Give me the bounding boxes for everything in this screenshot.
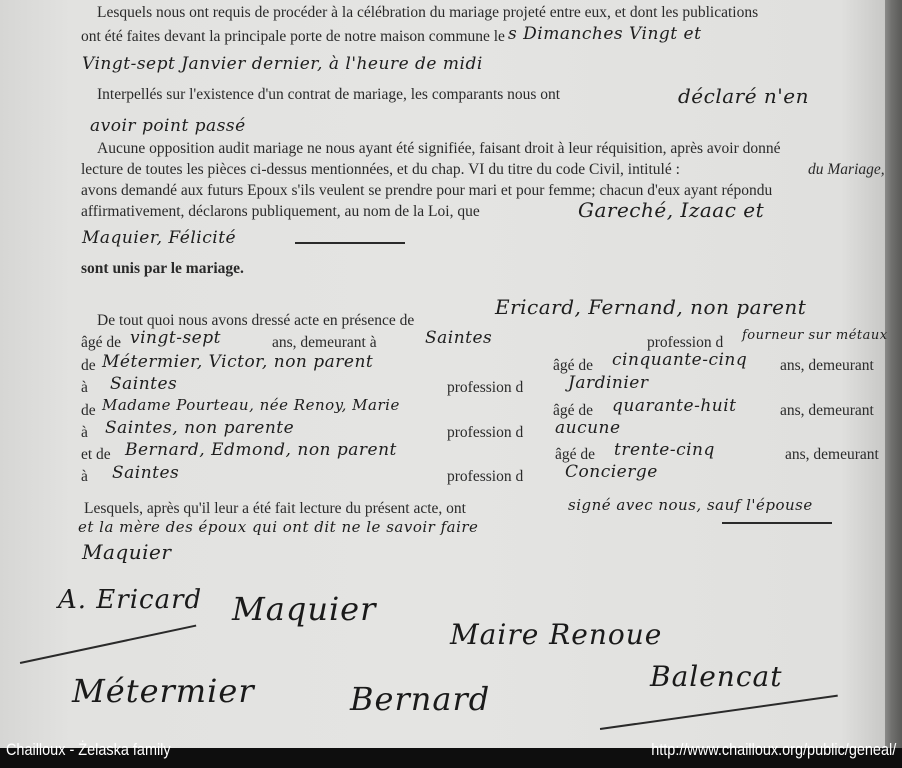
printed-line-3: Interpellés sur l'existence d'un contrat… [97, 86, 560, 104]
handwritten-dates-2: Vingt-sept Janvier dernier, à l'heure de… [82, 54, 483, 74]
witness4-profession: Concierge [565, 462, 658, 482]
website-watermark: http://www.chailloux.org/public/geneal/ [651, 740, 896, 760]
label-profession-4: profession d [447, 468, 523, 486]
family-watermark: Chailloux - Żelaska family [6, 740, 171, 760]
label-a-2: à [81, 379, 88, 397]
closing-stroke [722, 522, 832, 524]
handwritten-spouses-2: Maquier, Félicité [82, 228, 236, 248]
label-de-3: de [81, 402, 96, 420]
witness4-residence: Saintes [112, 463, 179, 483]
signature-bernard: Bernard [350, 680, 490, 718]
handwritten-closing-2: et la mère des époux qui ont dit ne le s… [78, 518, 478, 536]
signature-maquier: Maquier [232, 590, 376, 628]
label-profession-2: profession d [447, 379, 523, 397]
signature-ericard: A. Ericard [58, 585, 202, 615]
printed-line-8: sont unis par le mariage. [81, 260, 244, 278]
filler-stroke [295, 242, 405, 244]
label-profession-3: profession d [447, 424, 523, 442]
printed-line-7: affirmativement, déclarons publiquement,… [81, 203, 480, 221]
witness4-age: trente-cinq [614, 440, 715, 460]
printed-line-5-italic: du Mariage, [808, 161, 885, 179]
witness1-profession: fourneur sur métaux [742, 328, 888, 343]
label-demeurant-4: ans, demeurant [785, 446, 879, 464]
witness4-name: Bernard, Edmond, non parent [125, 440, 397, 460]
witness2-name: Métermier, Victor, non parent [102, 352, 373, 372]
witness3-residence: Saintes, non parente [105, 418, 294, 438]
witness2-profession: Jardinier [568, 373, 648, 393]
witness2-age: cinquante-cinq [612, 350, 747, 370]
witness1-residence: Saintes [425, 328, 492, 348]
signature-metermier: Métermier [72, 672, 255, 710]
printed-line-1: Lesquels nous ont requis de procéder à l… [97, 4, 758, 22]
label-residence-1: ans, demeurant à [272, 334, 377, 352]
label-demeurant-2: ans, demeurant [780, 357, 874, 375]
witness2-residence: Saintes [110, 374, 177, 394]
witness1-age: vingt-sept [130, 328, 221, 348]
witness1-name: Ericard, Fernand, non parent [495, 295, 806, 319]
printed-line-4: Aucune opposition audit mariage ne nous … [97, 140, 781, 158]
witness3-age: quarante-huit [612, 396, 736, 416]
label-demeurant-3: ans, demeurant [780, 402, 874, 420]
handwritten-contract-1: déclaré n'en [678, 84, 809, 108]
signature-balencat: Balencat [650, 660, 782, 693]
label-a-3: à [81, 424, 88, 442]
printed-closing: Lesquels, après qu'il leur a été fait le… [84, 500, 466, 518]
handwritten-contract-2: avoir point passé [90, 116, 246, 136]
witness3-name: Madame Pourteau, née Renoy, Marie [102, 396, 400, 414]
label-age-1: âgé de [81, 334, 121, 352]
handwritten-closing-3: Maquier [82, 540, 171, 564]
handwritten-dates-1: s Dimanches Vingt et [508, 24, 701, 44]
label-et-de-4: et de [81, 446, 111, 464]
witness3-profession: aucune [555, 418, 621, 438]
handwritten-closing-1: signé avec nous, sauf l'épouse [568, 496, 813, 514]
label-de-2: de [81, 357, 96, 375]
handwritten-spouses-1: Gareché, Izaac et [578, 198, 764, 222]
printed-line-2: ont été faites devant la principale port… [81, 28, 505, 46]
printed-line-5: lecture de toutes les pièces ci-dessus m… [81, 161, 680, 179]
signature-renoue: Maire Renoue [450, 618, 662, 651]
page-binding-edge [885, 0, 902, 748]
label-a-4: à [81, 468, 88, 486]
